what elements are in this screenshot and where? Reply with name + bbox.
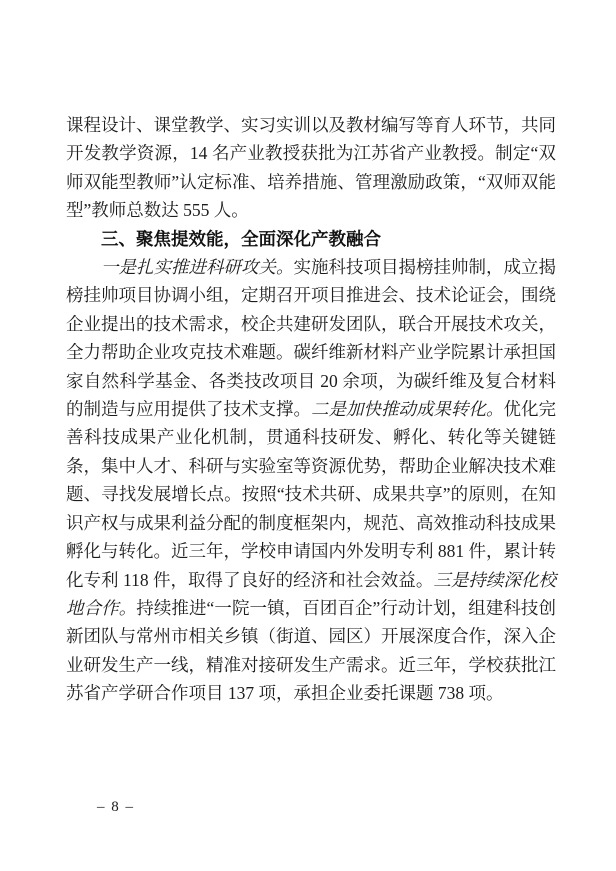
document-body: 课程设计、课堂教学、实习实训以及教材编写等育人环节，共同开发教学资源，14 名产… [66,111,556,708]
page-number: – 8 – [97,799,135,816]
body-text-3: 持续推进“一院一镇，百团百企”行动计划，组建科技创新团队与常州市相关乡镇（街道、… [66,598,556,703]
paragraph-main: 一是扎实推进科研攻关。实施科技项目揭榜挂帅制，成立揭榜挂帅项目协调小组，定期召开… [66,253,556,708]
body-text-2: 优化完善科技成果产业化机制，贯通科技研发、孵化、转化等关键链条，集中人才、科研与… [66,399,556,589]
lead-phrase-2: 二是加快推动成果转化。 [311,399,504,419]
lead-phrase-1: 一是扎实推进科研攻关。 [101,257,294,277]
body-text-1: 实施科技项目揭榜挂帅制，成立揭榜挂帅项目协调小组，定期召开项目推进会、技术论证会… [66,257,556,419]
section-heading: 三、聚焦提效能，全面深化产教融合 [66,225,556,253]
document-page: 课程设计、课堂教学、实习实训以及教材编写等育人环节，共同开发教学资源，14 名产… [0,0,616,871]
paragraph-continuation: 课程设计、课堂教学、实习实训以及教材编写等育人环节，共同开发教学资源，14 名产… [66,111,556,225]
